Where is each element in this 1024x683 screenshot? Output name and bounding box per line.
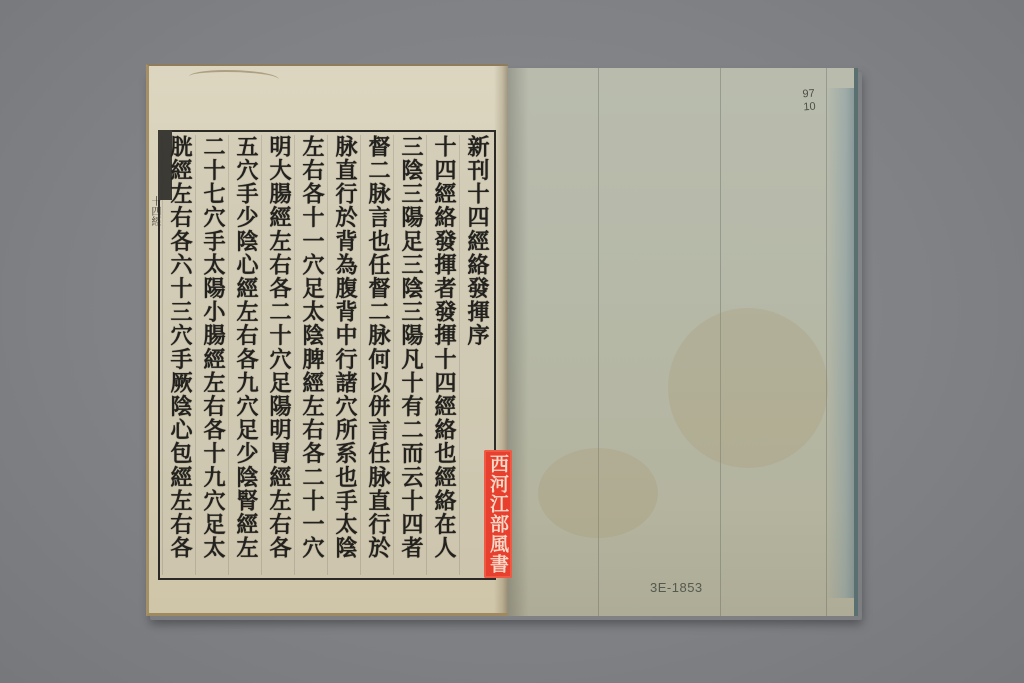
text-column: 督二脉言也任督二脉何以併言任脉直行於腹督 (360, 135, 393, 575)
text-column: 五穴手少陰心經左右各九穴足少陰腎經左右各 (228, 135, 261, 575)
text-columns: 新刊十四經絡發揮序 十四經絡發揮者發揮十四經絡也經絡在人身手 三陰三陽足三陰三陽… (162, 135, 492, 575)
text-column: 胱經左右各六十三穴手厥陰心包經左右各九穴 (162, 135, 195, 575)
text-column: 左右各十一穴足太陰脾經左右各二十一穴手陽 (294, 135, 327, 575)
text-column: 三陰三陽足三陰三陽凡十有二而云十四者併任 (393, 135, 426, 575)
text-column: 脉直行於背為腹背中行諸穴所系也手太陰肺經 (327, 135, 360, 575)
seal-text: 西河江部風書 (487, 454, 509, 574)
catalog-number: 3E-1853 (650, 580, 703, 595)
open-book-photo: 十四經 新刊十四經絡發揮序 十四經絡發揮者發揮十四經絡也經絡在人身手 三陰三陽足… (0, 0, 1024, 683)
paper-stain (538, 448, 658, 538)
text-column: 二十七穴手太陽小腸經左右各十九穴足太陽膀 (195, 135, 228, 575)
paper-chain-line (826, 68, 827, 616)
pencil-note-line: 97 (802, 88, 815, 102)
text-column: 明大腸經左右各二十穴足陽明胃經左右各四十 (261, 135, 294, 575)
right-endpaper (508, 68, 858, 616)
pencil-note-line: 10 (803, 101, 816, 115)
text-column: 十四經絡發揮者發揮十四經絡也經絡在人身手 (426, 135, 459, 575)
paper-tear (189, 70, 279, 86)
pencil-annotation: 97 10 (802, 88, 816, 115)
red-ownership-seal: 西河江部風書 (484, 450, 512, 578)
paper-stain (668, 308, 828, 468)
